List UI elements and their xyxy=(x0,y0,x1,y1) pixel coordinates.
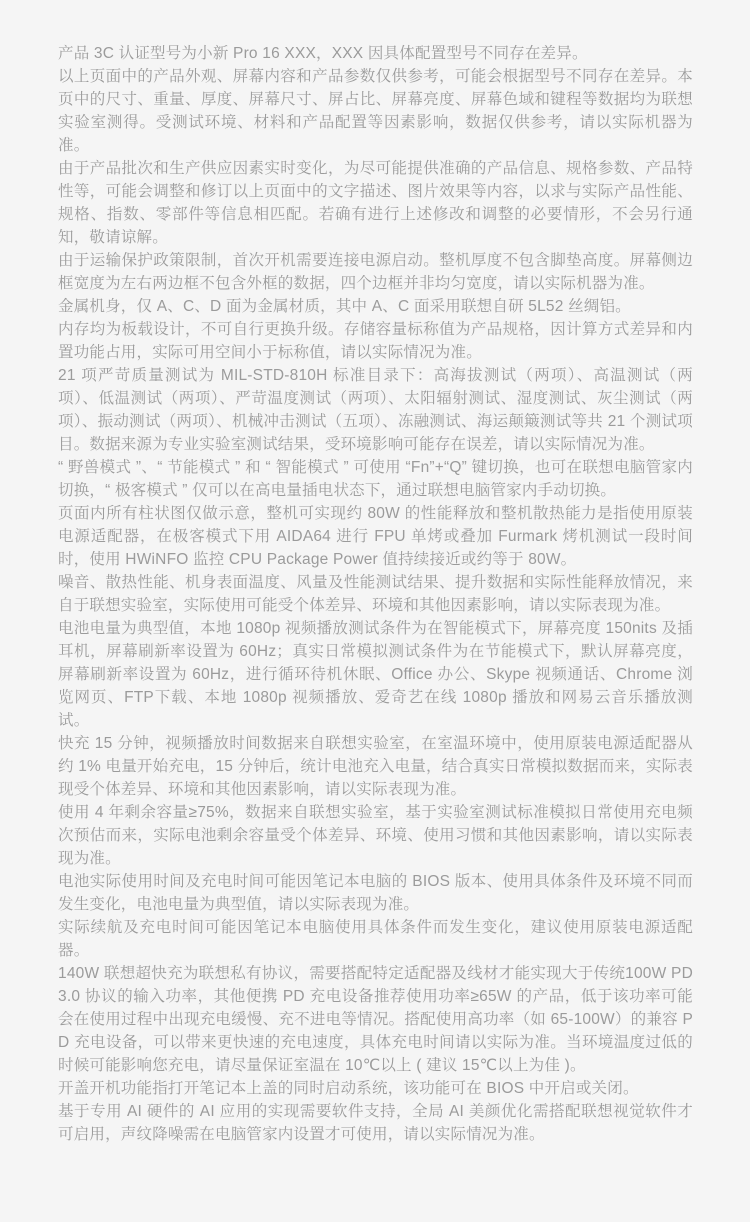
disclaimer-paragraph: 快充 15 分钟，视频播放时间数据来自联想实验室，在室温环境中，使用原装电源适配… xyxy=(58,732,693,801)
disclaimer-paragraph: 由于产品批次和生产供应因素实时变化，为尽可能提供准确的产品信息、规格参数、产品特… xyxy=(58,157,693,249)
disclaimer-paragraph: 内存均为板载设计，不可自行更换升级。存储容量标称值为产品规格，因计算方式差异和内… xyxy=(58,318,693,364)
disclaimer-paragraph: 电池电量为典型值，本地 1080p 视频播放测试条件为在智能模式下，屏幕亮度 1… xyxy=(58,617,693,732)
disclaimer-paragraph: 产品 3C 认证型号为小新 Pro 16 XXX，XXX 因具体配置型号不同存在… xyxy=(58,42,693,65)
disclaimer-paragraph: 电池实际使用时间及充电时间可能因笔记本电脑的 BIOS 版本、使用具体条件及环境… xyxy=(58,870,693,916)
disclaimer-paragraph: 21 项严苛质量测试为 MIL-STD-810H 标准目录下：高海拔测试（两项）… xyxy=(58,364,693,456)
disclaimer-paragraph: “ 野兽模式 ”、“ 节能模式 ” 和 “ 智能模式 ” 可使用 “Fn”+“Q… xyxy=(58,456,693,502)
disclaimer-paragraph: 使用 4 年剩余容量≥75%，数据来自联想实验室，基于实验室测试标准模拟日常使用… xyxy=(58,801,693,870)
disclaimer-paragraph: 开盖开机功能指打开笔记本上盖的同时启动系统，该功能可在 BIOS 中开启或关闭。 xyxy=(58,1077,693,1100)
disclaimer-paragraph: 以上页面中的产品外观、屏幕内容和产品参数仅供参考，可能会根据型号不同存在差异。本… xyxy=(58,65,693,157)
disclaimer-paragraph: 实际续航及充电时间可能因笔记本电脑使用具体条件而发生变化，建议使用原装电源适配器… xyxy=(58,916,693,962)
disclaimer-paragraph: 金属机身，仅 A、C、D 面为金属材质，其中 A、C 面采用联想自研 5L52 … xyxy=(58,295,693,318)
disclaimer-paragraph: 140W 联想超快充为联想私有协议，需要搭配特定适配器及线材才能实现大于传统10… xyxy=(58,962,693,1077)
disclaimer-paragraph: 噪音、散热性能、机身表面温度、风量及性能测试结果、提升数据和实际性能释放情况，来… xyxy=(58,571,693,617)
disclaimer-paragraph: 页面内所有柱状图仅做示意，整机可实现约 80W 的性能释放和整机散热能力是指使用… xyxy=(58,502,693,571)
disclaimer-section: 产品 3C 认证型号为小新 Pro 16 XXX，XXX 因具体配置型号不同存在… xyxy=(0,0,750,1146)
disclaimer-paragraph: 由于运输保护政策限制，首次开机需要连接电源启动。整机厚度不包含脚垫高度。屏幕侧边… xyxy=(58,249,693,295)
disclaimer-paragraph: 基于专用 AI 硬件的 AI 应用的实现需要软件支持，全局 AI 美颜优化需搭配… xyxy=(58,1100,693,1146)
